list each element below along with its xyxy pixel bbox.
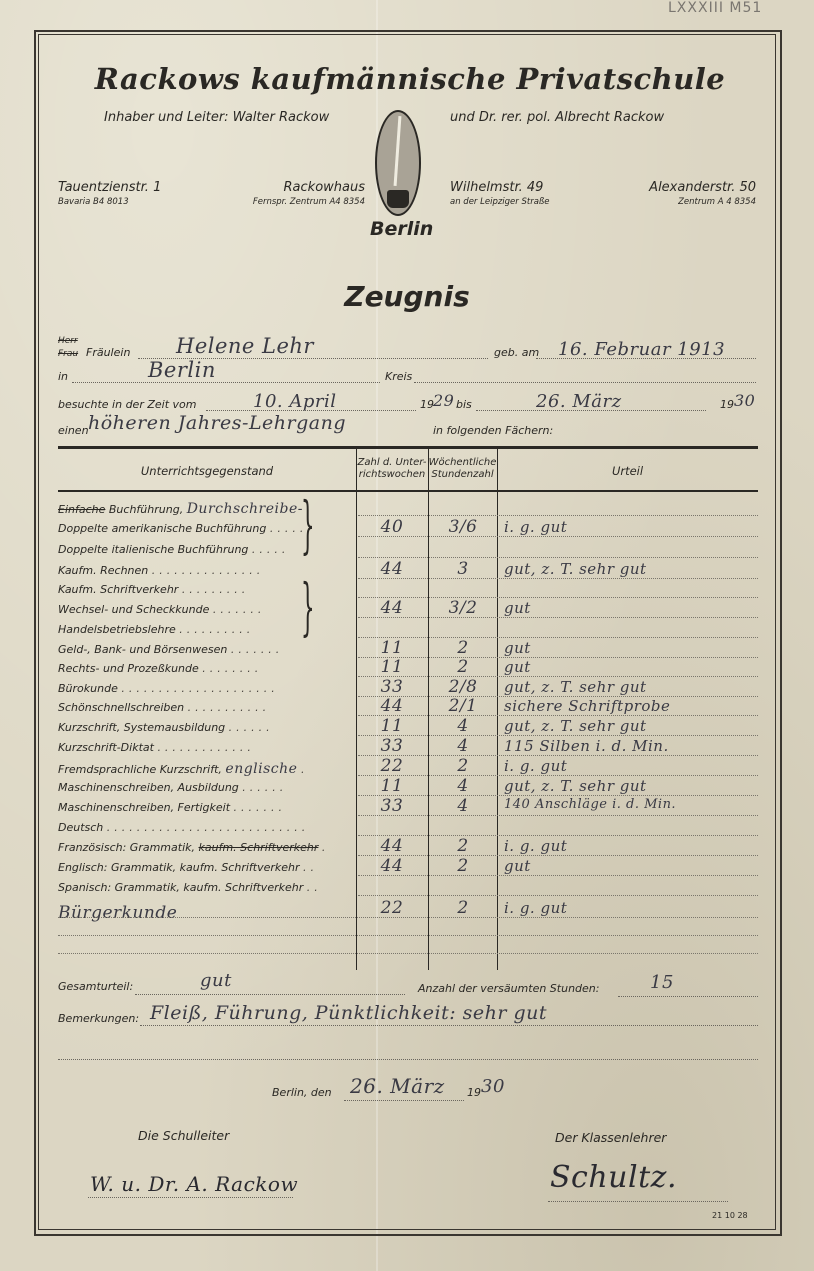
row-rule: [358, 557, 758, 558]
field-row-course: einen höheren Jahres-Lehrgang in folgend…: [58, 420, 758, 442]
header-hours: Wöchentliche Stundenzahl: [428, 457, 497, 481]
subject-label: Maschinenschreiben, Fertigkeit: [58, 801, 230, 814]
born-label: geb. am: [494, 346, 539, 359]
table-row: Einfache Buchführung, Durchschreibe-: [58, 498, 758, 518]
subject-label: Doppelte italienische Buchführung: [58, 543, 248, 556]
hours-value: 3/2: [430, 598, 496, 618]
row-rule: [58, 953, 758, 954]
remarks-text: Fleiß, Führung, Pünktlichkeit: sehr gut: [150, 1002, 547, 1024]
remarks-label: Bemerkungen:: [58, 1012, 139, 1025]
table-row: Deutsch ...........................: [58, 818, 758, 838]
hours-value: 4: [430, 736, 496, 756]
grade-value: gut: [504, 639, 531, 657]
address-street: Rackowhaus: [225, 180, 365, 195]
weeks-value: 22: [358, 898, 426, 918]
quill-icon: [394, 116, 402, 186]
hours-value: 2: [430, 856, 496, 876]
table-row: Doppelte amerikanische Buchführung .....…: [58, 519, 758, 539]
handwritten-addition: englische: [225, 761, 297, 777]
table-row: Wechsel- und Scheckkunde ....... 44 3/2 …: [58, 600, 758, 620]
header-weeks-line1: Zahl d. Unter-: [356, 457, 428, 469]
hours-value: 2: [430, 657, 496, 677]
missed-hours-label: Anzahl der versäumten Stunden:: [418, 982, 599, 995]
place-dotline: [72, 366, 380, 383]
owner-left: Inhaber und Leiter: Walter Rackow: [104, 110, 329, 125]
row-rule: [358, 815, 758, 816]
student-name: Helene Lehr: [176, 334, 314, 358]
weeks-value: 22: [358, 756, 426, 776]
overall-label: Gesamturteil:: [58, 980, 133, 993]
subject-label: Kaufm. Rechnen: [58, 564, 148, 577]
print-code: 21 10 28: [712, 1211, 748, 1220]
grade-value: gut, z. T. sehr gut: [504, 777, 647, 795]
address-street: Wilhelmstr. 49: [450, 180, 550, 195]
address-tauentzienstr: Tauentzienstr. 1 Bavaria B4 8013: [58, 180, 161, 207]
class-teacher-label: Der Klassenlehrer: [555, 1130, 666, 1145]
row-rule: [358, 515, 758, 516]
table-top-rule: [58, 446, 758, 449]
subject-label: Bürokunde: [58, 682, 118, 695]
table-row: Maschinenschreiben, Fertigkeit ....... 3…: [58, 798, 758, 818]
field-row-place: in Berlin Kreis: [58, 366, 758, 388]
weeks-value: 44: [358, 696, 426, 716]
from-year: 29: [433, 391, 454, 410]
hours-value: 4: [430, 796, 496, 816]
row-rule: [358, 617, 758, 618]
course-suffix: in folgenden Fächern:: [433, 424, 553, 437]
table-row: Kaufm. Rechnen ............... 44 3 gut,…: [58, 561, 758, 581]
salutation-struck-herr: Herr: [58, 336, 78, 346]
grade-value: i. g. gut: [504, 837, 567, 855]
grade-value: sichere Schriftprobe: [504, 697, 670, 715]
in-label: in: [58, 370, 68, 383]
address-street: Tauentzienstr. 1: [58, 180, 161, 195]
table-row: Bürgerkunde 22 2 i. g. gut: [58, 900, 758, 920]
year-prefix-from: 19: [420, 398, 434, 411]
hours-value: 4: [430, 716, 496, 736]
school-name: Rackows kaufmännische Privatschule: [40, 62, 780, 96]
brace-bookkeeping: }: [301, 494, 315, 556]
table-row: Handelsbetriebslehre ..........: [58, 620, 758, 640]
weeks-value: 11: [358, 716, 426, 736]
grade-value: gut: [504, 658, 531, 676]
year-prefix-to: 19: [720, 398, 734, 411]
grade-value: gut: [504, 599, 531, 617]
table-row: Maschinenschreiben, Ausbildung ...... 11…: [58, 778, 758, 798]
weeks-value: 11: [358, 776, 426, 796]
brace-commerce: }: [301, 576, 315, 638]
hours-value: 2: [430, 898, 496, 918]
to-year: 30: [734, 391, 755, 410]
hours-value: 4: [430, 776, 496, 796]
issue-year-prefix: 19: [467, 1086, 481, 1099]
subject-label: Spanisch: Grammatik, kaufm. Schriftverke…: [58, 881, 303, 894]
from-date: 10. April: [253, 391, 337, 412]
remarks-dotline-2: [58, 1043, 758, 1060]
subject-label: Doppelte amerikanische Buchführung: [58, 522, 266, 535]
grade-value: gut, z. T. sehr gut: [504, 560, 647, 578]
table-row: Fremdsprachliche Kurzschrift, englische …: [58, 758, 758, 778]
owner-right: und Dr. rer. pol. Albrecht Rackow: [450, 110, 664, 125]
handwritten-addition: Durchschreibe-: [187, 501, 303, 517]
table-row: Doppelte italienische Buchführung .....: [58, 540, 758, 560]
header-weeks-line2: richtswochen: [356, 469, 428, 481]
subject-label: Rechts- und Prozeßkunde: [58, 662, 199, 675]
header-hours-line2: Stundenzahl: [428, 469, 497, 481]
to-date: 26. März: [536, 391, 622, 412]
subject-label: Fremdsprachliche Kurzschrift,: [58, 763, 222, 776]
missed-dotline: [618, 980, 758, 997]
table-row: [58, 918, 758, 938]
weeks-value: 44: [358, 856, 426, 876]
table-row: Spanisch: Grammatik, kaufm. Schriftverke…: [58, 878, 758, 898]
grade-value: i. g. gut: [504, 518, 567, 536]
hours-value: 3/6: [430, 517, 496, 537]
subject-label: Maschinenschreiben, Ausbildung: [58, 781, 239, 794]
hours-value: 2: [430, 756, 496, 776]
subject-label: Buchführung,: [109, 503, 183, 516]
subject-label: Wechsel- und Scheckkunde: [58, 603, 209, 616]
overall-dotline: [135, 978, 405, 995]
issue-year: 30: [481, 1076, 505, 1097]
grade-value: i. g. gut: [504, 899, 567, 917]
overall-grade: gut: [200, 970, 232, 991]
grade-value: gut: [504, 857, 531, 875]
subject-label: Französisch: Grammatik,: [58, 841, 195, 854]
address-rackowhaus: Rackowhaus Fernspr. Zentrum A4 8354: [225, 180, 365, 207]
table-row: Rechts- und Prozeßkunde ........ 11 2 gu…: [58, 659, 758, 679]
table-header-rule: [58, 490, 758, 492]
table-row: Kurzschrift, Systemausbildung ...... 11 …: [58, 718, 758, 738]
subject-label: Geld-, Bank- und Börsenwesen: [58, 643, 227, 656]
birth-date: 16. Februar 1913: [558, 339, 725, 360]
to-label: bis: [456, 398, 472, 411]
course-prefix: einen: [58, 424, 89, 437]
grade-value: gut, z. T. sehr gut: [504, 717, 647, 735]
weeks-value: 44: [358, 559, 426, 579]
subject-label: Kurzschrift-Diktat: [58, 741, 154, 754]
subject-label: Handelsbetriebslehre: [58, 623, 176, 636]
inkwell-icon: [387, 190, 409, 208]
row-rule: [358, 895, 758, 896]
subject-label: Kurzschrift, Systemausbildung: [58, 721, 225, 734]
struck-text: Einfache: [58, 503, 105, 516]
address-wilhelmstr: Wilhelmstr. 49 an der Leipziger Straße: [450, 180, 550, 207]
weeks-value: 33: [358, 736, 426, 756]
weeks-value: 33: [358, 796, 426, 816]
grade-value: gut, z. T. sehr gut: [504, 678, 647, 696]
weeks-value: 44: [358, 836, 426, 856]
quill-inkwell-logo-icon: [375, 110, 421, 216]
grade-value: i. g. gut: [504, 757, 567, 775]
subject-label: Schönschnellschreiben: [58, 701, 184, 714]
hours-value: 3: [430, 559, 496, 579]
hours-value: 2/1: [430, 696, 496, 716]
weeks-value: 44: [358, 598, 426, 618]
row-rule: [358, 578, 758, 579]
place-date-label: Berlin, den: [272, 1086, 332, 1099]
table-row: [58, 936, 758, 956]
hours-value: 2/8: [430, 677, 496, 697]
header-hours-line1: Wöchentliche: [428, 457, 497, 469]
issue-date: 26. März: [350, 1074, 445, 1098]
struck-text: kaufm. Schriftverkehr: [199, 841, 319, 854]
subject-label: Kaufm. Schriftverkehr: [58, 583, 178, 596]
weeks-value: 40: [358, 517, 426, 537]
course-name: höheren Jahres-Lehrgang: [88, 412, 346, 434]
hours-value: 2: [430, 638, 496, 658]
subject-label: Deutsch: [58, 821, 103, 834]
subject-label: Englisch: Grammatik, kaufm. Schriftverke…: [58, 861, 300, 874]
district-label: Kreis: [385, 370, 412, 383]
address-phone: Zentrum A 4 8354: [600, 197, 756, 207]
weeks-value: 11: [358, 638, 426, 658]
weeks-value: 11: [358, 657, 426, 677]
table-row: Französisch: Grammatik, kaufm. Schriftve…: [58, 838, 758, 858]
address-phone: an der Leipziger Straße: [450, 197, 550, 207]
address-alexanderstr: Alexanderstr. 50 Zentrum A 4 8354: [600, 180, 756, 207]
grade-value: 140 Anschläge i. d. Min.: [504, 797, 676, 812]
table-row: Kaufm. Schriftverkehr .........: [58, 580, 758, 600]
principals-signature-line: [88, 1181, 293, 1198]
document-title: Zeugnis: [0, 280, 814, 313]
district-dotline: [414, 366, 756, 383]
salutation-struck-frau: Frau: [58, 349, 78, 359]
weeks-value: 33: [358, 677, 426, 697]
address-phone: Bavaria B4 8013: [58, 197, 161, 207]
table-row: Schönschnellschreiben ........... 44 2/1…: [58, 698, 758, 718]
address-phone: Fernspr. Zentrum A4 8354: [225, 197, 365, 207]
address-street: Alexanderstr. 50: [600, 180, 756, 195]
letterhead-city: Berlin: [370, 218, 433, 240]
grade-value: 115 Silben i. d. Min.: [504, 737, 669, 755]
archive-mark: LXXXIII M51: [668, 0, 762, 16]
birth-place: Berlin: [148, 358, 216, 382]
header-subject: Unterrichtsgegenstand: [58, 465, 356, 477]
table-row: Kurzschrift-Diktat ............. 33 4 11…: [58, 738, 758, 758]
row-rule: [358, 875, 758, 876]
class-teacher-signature-line: [548, 1185, 728, 1202]
hours-value: 2: [430, 836, 496, 856]
header-weeks: Zahl d. Unter- richtswochen: [356, 457, 428, 481]
salutation-label: Fräulein: [86, 346, 130, 359]
missed-hours: 15: [650, 972, 674, 993]
principals-label: Die Schulleiter: [138, 1128, 229, 1143]
header-grade: Urteil: [497, 465, 758, 477]
period-label: besuchte in der Zeit vom: [58, 398, 196, 411]
table-row: Englisch: Grammatik, kaufm. Schriftverke…: [58, 858, 758, 878]
row-rule: [358, 536, 758, 537]
